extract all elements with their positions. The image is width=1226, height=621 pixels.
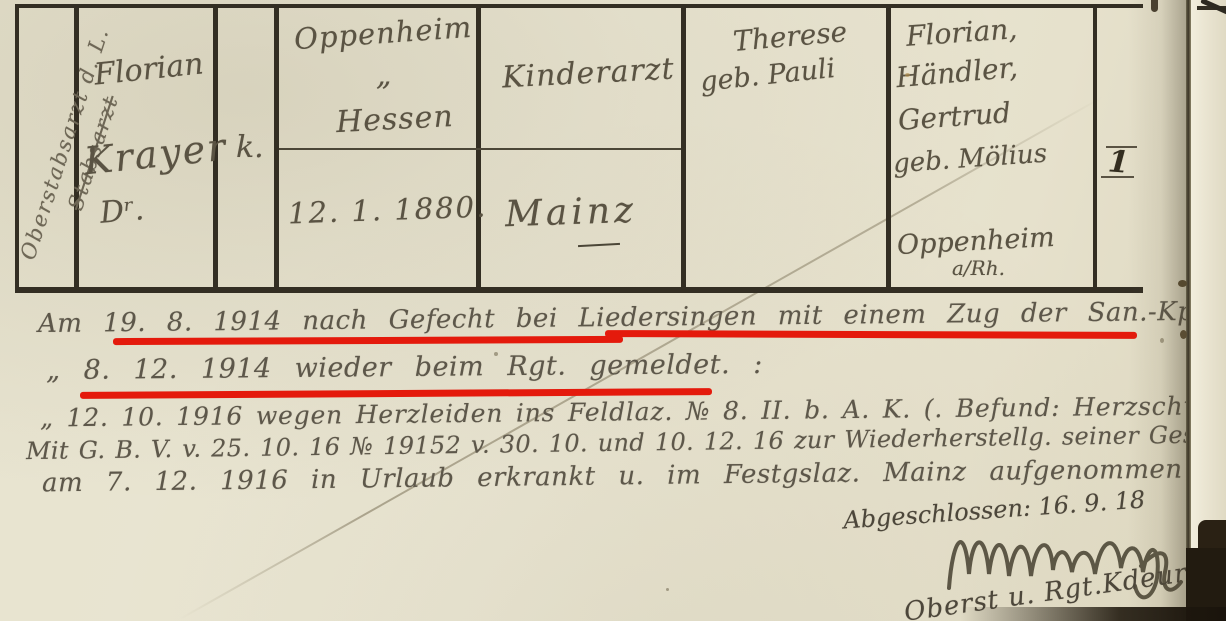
birth-ditto: „ [376, 58, 392, 93]
parents-mother: Gertrud [897, 96, 1012, 137]
page-fold-shadow [1128, 0, 1188, 621]
document-scan: Oberstabsarzt d. L. Stabsarzt Florian Kr… [0, 0, 1226, 621]
paper-stain [905, 73, 910, 77]
spouse-maiden: geb. Pauli [699, 53, 837, 98]
profession-residence: Mainz [504, 190, 637, 236]
dark-bottom-edge [960, 607, 1226, 621]
entry-line-2: „ 8. 12. 1914 wieder beim Rgt. gemeldet.… [46, 349, 763, 386]
cell-divider-line [279, 148, 681, 150]
red-underline-1b [605, 330, 1137, 339]
red-underline-1a [113, 336, 623, 345]
table-top-border [15, 4, 1143, 8]
table-vline-5 [681, 4, 686, 293]
residence-flourish-line [578, 243, 620, 247]
parents-father-occupation: Händler, [895, 51, 1019, 94]
birth-date: 12. 1. 1880. [287, 190, 487, 231]
parents-father: Florian, [905, 12, 1018, 53]
dust-speck [1160, 338, 1164, 343]
parents-place2: a/Rh. [952, 256, 1005, 280]
birth-region: Hessen [335, 99, 454, 140]
dust-speck [494, 352, 498, 356]
status-mark: k. [236, 130, 264, 165]
birth-place: Oppenheim [293, 10, 473, 56]
dust-speck [666, 588, 669, 591]
parents-mother-maiden: geb. Mölius [892, 139, 1048, 180]
paper-tear-3 [1180, 330, 1187, 339]
table-vline-6 [886, 4, 891, 293]
spouse-name: Therese [732, 15, 849, 58]
name-title: Dʳ. [99, 192, 146, 231]
table-bottom-border [15, 287, 1143, 293]
paper-tear-1 [1151, 0, 1158, 12]
profession-occupation: Kinderarzt [501, 52, 675, 96]
paper-tear-2 [1178, 280, 1187, 287]
table-vline-7 [1093, 4, 1097, 293]
